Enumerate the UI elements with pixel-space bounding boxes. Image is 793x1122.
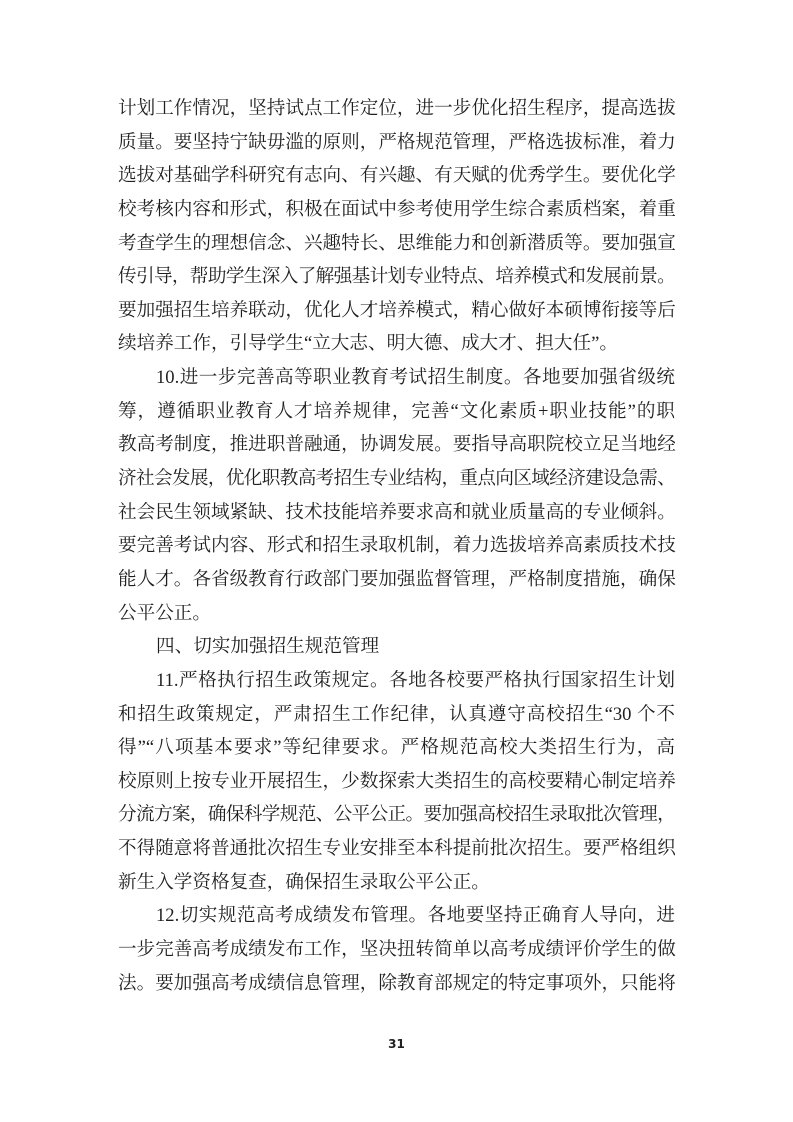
text-line-paragraph-10-start: 10.进一步完善高等职业教育考试招生制度。各地要加强省级统 (118, 361, 675, 395)
text-line: 公平公正。 (118, 597, 675, 631)
document-page: 计划工作情况，坚持试点工作定位，进一步优化招生程序，提高选拔 质量。要坚持宁缺毋… (0, 0, 793, 1122)
text-line: 得”“八项基本要求”等纪律要求。严格规范高校大类招生行为，高 (118, 731, 675, 765)
document-body: 计划工作情况，坚持试点工作定位，进一步优化招生程序，提高选拔 质量。要坚持宁缺毋… (118, 92, 675, 1000)
text-line: 续培养工作，引导学生“立大志、明大德、成大才、担大任”。 (118, 327, 675, 361)
text-line: 新生入学资格复查，确保招生录取公平公正。 (118, 866, 675, 900)
text-line: 选拔对基础学科研究有志向、有兴趣、有天赋的优秀学生。要优化学 (118, 159, 675, 193)
text-line: 教高考制度，推进职普融通，协调发展。要指导高职院校立足当地经 (118, 428, 675, 462)
text-line: 校考核内容和形式，积极在面试中参考使用学生综合素质档案，着重 (118, 193, 675, 227)
text-line: 能人才。各省级教育行政部门要加强监督管理，严格制度措施，确保 (118, 563, 675, 597)
section-heading-4: 四、切实加强招生规范管理 (118, 630, 675, 664)
text-line: 法。要加强高考成绩信息管理，除教育部规定的特定事项外，只能将 (118, 967, 675, 1001)
text-line: 计划工作情况，坚持试点工作定位，进一步优化招生程序，提高选拔 (118, 92, 675, 126)
text-line-paragraph-12-start: 12.切实规范高考成绩发布管理。各地要坚持正确育人导向，进 (118, 899, 675, 933)
text-line: 要加强招生培养联动，优化人才培养模式，精心做好本硕博衔接等后 (118, 294, 675, 328)
text-line: 考查学生的理想信念、兴趣特长、思维能力和创新潜质等。要加强宣 (118, 227, 675, 261)
text-line: 质量。要坚持宁缺毋滥的原则，严格规范管理，严格选拔标准，着力 (118, 126, 675, 160)
text-line: 一步完善高考成绩发布工作，坚决扭转简单以高考成绩评价学生的做 (118, 933, 675, 967)
text-line: 分流方案，确保科学规范、公平公正。要加强高校招生录取批次管理， (118, 798, 675, 832)
text-line: 传引导，帮助学生深入了解强基计划专业特点、培养模式和发展前景。 (118, 260, 675, 294)
text-line: 不得随意将普通批次招生专业安排至本科提前批次招生。要严格组织 (118, 832, 675, 866)
text-line: 校原则上按专业开展招生，少数探索大类招生的高校要精心制定培养 (118, 765, 675, 799)
text-line: 济社会发展，优化职教高考招生专业结构，重点向区域经济建设急需、 (118, 462, 675, 496)
text-line: 社会民生领域紧缺、技术技能培养要求高和就业质量高的专业倾斜。 (118, 496, 675, 530)
text-line: 要完善考试内容、形式和招生录取机制，着力选拔培养高素质技术技 (118, 529, 675, 563)
text-line: 和招生政策规定，严肃招生工作纪律，认真遵守高校招生“30 个不 (118, 698, 675, 732)
text-line: 筹，遵循职业教育人才培养规律，完善“文化素质+职业技能”的职 (118, 395, 675, 429)
page-number: 31 (0, 1037, 793, 1051)
text-line-paragraph-11-start: 11.严格执行招生政策规定。各地各校要严格执行国家招生计划 (118, 664, 675, 698)
